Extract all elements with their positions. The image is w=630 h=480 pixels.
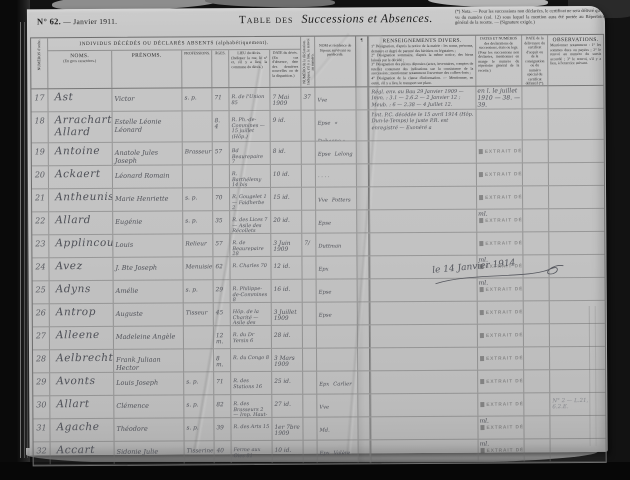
cell-epoux: Epse Lelong Jeanne H. xyxy=(315,141,356,163)
cell-observations xyxy=(549,278,605,300)
cell-numero: 21 xyxy=(32,189,48,211)
col-header-separator: ¶ xyxy=(355,36,368,86)
cell-prenoms: Marie Henriette xyxy=(112,188,182,210)
cell-epoux: Vve Delemotte Alexandrine xyxy=(314,87,355,109)
cell-age: 8. 4 xyxy=(212,111,229,141)
cell-date-deces: 25 id. xyxy=(271,372,302,394)
cell-numero: 31 xyxy=(33,419,49,441)
extrait-delivre-stamp: EXTRAIT DÉLIVRÉ xyxy=(480,332,523,339)
cell-no-declaration xyxy=(302,418,316,440)
cell-date-certificat xyxy=(524,439,550,461)
page-stack-edge xyxy=(24,22,25,458)
cell-nom: Ackaert xyxy=(48,166,112,188)
cell-profession: s. p. xyxy=(183,395,213,417)
cell-separator xyxy=(357,417,370,439)
cell-prenoms: Frank Juliaan Hector xyxy=(113,349,183,371)
page-title: Table des Successions et Absences. xyxy=(239,11,489,28)
cell-profession: s. p. xyxy=(181,88,211,110)
cell-numero: 23 xyxy=(32,235,48,257)
cell-date-certificat xyxy=(522,209,548,231)
cell-date-deces: 7 Mai 1909 xyxy=(269,88,300,110)
cell-numero: 17 xyxy=(31,89,47,111)
cell-numero: 20 xyxy=(32,166,48,188)
book-binding-edge xyxy=(0,0,30,480)
cell-nom: Agache xyxy=(49,419,113,441)
table-row: 21 Antheunis Marie Henriette s. p. 70 R.… xyxy=(32,186,604,212)
cell-observations xyxy=(548,140,604,162)
cell-dates-numeros: EXTRAIT DÉLIVRÉ xyxy=(476,140,522,162)
cell-renseignements xyxy=(370,371,477,394)
cell-date-certificat xyxy=(522,163,548,185)
cell-renseignements xyxy=(369,187,476,210)
spouse-status: Vve xyxy=(318,198,328,204)
cell-observations xyxy=(547,86,603,108)
extrait-delivre-stamp: EXTRAIT DÉLIVRÉ xyxy=(480,424,523,431)
cell-epoux: Vve Bossaert Auguste xyxy=(316,394,357,416)
cell-prenoms: Théodore xyxy=(113,418,183,440)
cell-separator xyxy=(357,302,370,324)
cell-no-declaration xyxy=(301,142,315,164)
col-header-epoux: NOM et résidence de l'époux survivant ou… xyxy=(314,36,355,86)
cell-numero: 28 xyxy=(33,350,49,372)
cell-numero: 27 xyxy=(33,327,49,349)
cell-renseignements xyxy=(370,348,477,371)
col-header-professions: PROFESSIONS. xyxy=(181,50,211,87)
cell-epoux: Epse Flandrin Georges xyxy=(315,210,356,232)
cell-dates-numeros: EXTRAIT DÉLIVRÉ xyxy=(476,186,522,208)
cell-epoux: Duttman Anna Louise xyxy=(315,233,356,255)
table-header: NUMÉROS d'ordre. INDIVIDUS DÉCÉDÉS OU DÉ… xyxy=(31,35,603,89)
cell-numero: 18 xyxy=(32,112,48,142)
cell-date-deces: 20 id. xyxy=(270,211,301,233)
cell-no-declaration xyxy=(301,211,315,233)
cell-profession xyxy=(182,111,212,141)
cell-profession: s. p. xyxy=(183,372,213,394)
table-row: 28 Aelbrecht Frank Juliaan Hector 8 m. R… xyxy=(33,347,605,373)
cell-age: 29 xyxy=(213,280,230,302)
spouse-status: Epse xyxy=(319,290,332,296)
cell-prenoms: Victor xyxy=(111,88,181,110)
cell-date-deces: 27 id. xyxy=(271,395,302,417)
spouse-status: Vve xyxy=(319,405,329,411)
cell-no-declaration xyxy=(302,280,316,302)
cell-date-deces: 10 id. xyxy=(272,441,303,463)
cell-date-certificat xyxy=(523,416,549,438)
cell-no-declaration xyxy=(301,257,315,279)
cell-lieu-deces: R. Philippe-de-Commines 8 xyxy=(230,280,271,302)
cell-prenoms: Madeleine Angèle xyxy=(113,326,183,348)
cell-epoux xyxy=(316,325,357,347)
cell-separator xyxy=(357,394,370,416)
cell-lieu-deces: R. des Arts 15 xyxy=(230,418,271,440)
cell-no-declaration xyxy=(302,372,316,394)
cell-observations xyxy=(549,416,605,438)
spouse-status: Epse xyxy=(318,221,331,227)
col-header-date-certificat: DATE de la délivrance du certificat d'ac… xyxy=(521,35,547,85)
cell-nom: Antrop xyxy=(49,304,113,326)
cell-date-certificat xyxy=(521,86,547,108)
cell-renseignements xyxy=(369,141,476,164)
cell-dates-numeros: EXTRAIT DÉLIVRÉ xyxy=(476,232,522,254)
cell-renseignements xyxy=(369,210,476,233)
cell-epoux: Epse Verlaeke Alphonse (Henri f.) xyxy=(316,279,357,301)
col-sublabel-observations: Mentionner notamment : 1° les sommes due… xyxy=(549,43,602,66)
cell-nom: Applincourt xyxy=(48,235,112,257)
spouse-status: Epx xyxy=(319,382,329,388)
cell-observations xyxy=(548,186,604,208)
cell-age: 82 xyxy=(213,395,230,417)
cell-profession: Relieur xyxy=(182,234,212,256)
cell-lieu-deces: R. du Congo 8 xyxy=(230,349,271,371)
cell-separator xyxy=(357,325,370,347)
col-header-date-deces: DATE du décès. (En cas d'absence, date d… xyxy=(269,50,300,87)
folio-no: N° 62. xyxy=(37,16,61,26)
col-label-date-certificat: DATE de la délivrance du certificat d'ac… xyxy=(523,36,546,85)
cell-nom: Adyns xyxy=(49,281,113,303)
cell-dates-numeros: EXTRAIT DÉLIVRÉ xyxy=(476,163,522,185)
cell-separator xyxy=(355,87,368,109)
cell-separator xyxy=(357,279,370,301)
cell-age xyxy=(212,165,229,187)
col-label-epoux: NOM et résidence de l'époux survivant ou… xyxy=(316,43,354,57)
extrait-delivre-stamp: EXTRAIT DÉLIVRÉ xyxy=(479,148,522,155)
cell-separator xyxy=(357,371,370,393)
cell-dates-numeros: ml. EXTRAIT DÉLIVRÉ xyxy=(477,416,523,438)
cell-observations xyxy=(548,109,604,139)
table-row: 26 Antrop Auguste Tisseur 45 Hôp. de la … xyxy=(33,301,605,327)
cell-observations xyxy=(549,347,605,369)
cell-age: 40 xyxy=(214,441,231,463)
cell-profession: s. p. xyxy=(182,211,212,233)
cell-no-declaration xyxy=(303,441,317,463)
cell-renseignements xyxy=(369,164,476,187)
cell-nom: Alleene xyxy=(49,327,113,349)
col-header-renseignements: RENSEIGNEMENTS DIVERS. 1° Désignation, d… xyxy=(368,36,475,87)
cell-prenoms: Clémence xyxy=(113,395,183,417)
cell-renseignements xyxy=(370,302,477,325)
cell-renseignements xyxy=(370,394,477,417)
ledger-table: NUMÉROS d'ordre. INDIVIDUS DÉCÉDÉS OU DÉ… xyxy=(30,34,607,466)
cell-epoux: · · · · xyxy=(315,164,356,186)
cell-date-certificat xyxy=(522,186,548,208)
cell-numero: 30 xyxy=(33,396,49,418)
cell-profession xyxy=(183,326,213,348)
table-row: 17 Ast Victor s. p. 71 R. de l'Union 85 … xyxy=(31,86,603,112)
cell-observations xyxy=(549,324,605,346)
col-label-date-deces: DATE du décès. xyxy=(271,51,299,56)
cell-dates-numeros: en l. le juillet 1910 — 38. — 39. xyxy=(475,86,521,108)
cell-separator xyxy=(356,256,369,278)
cell-no-declaration xyxy=(302,395,316,417)
col-header-noms: NOMS. (En gros caractères.) xyxy=(47,51,111,88)
cell-epoux: Epx Valère Alfred xyxy=(317,440,358,462)
cell-profession: s. p. xyxy=(183,280,213,302)
cell-date-deces: 3 Juillet 1909 xyxy=(271,303,302,325)
cell-numero: 26 xyxy=(33,304,49,326)
cell-dates-numeros: ml. EXTRAIT DÉLIVRÉ xyxy=(476,209,522,231)
cell-observations xyxy=(548,163,604,185)
cell-epoux: Epse Vandendriessche M. Victorine xyxy=(316,302,357,324)
col-sublabel-dates-numeros: (Pour les successions non déclarées, men… xyxy=(477,50,520,73)
cell-dates-numeros: EXTRAIT DÉLIVRÉ xyxy=(477,347,523,369)
cell-date-deces: 3 Mars 1909 xyxy=(271,349,302,371)
cell-age: 39 xyxy=(213,418,230,440)
title-main: Successions et Absences. xyxy=(301,11,433,27)
table-row: 20 Ackaert Léonard Romain R. Barthélemy … xyxy=(32,163,604,189)
cell-lieu-deces: R. Ph.-de-Commines — 15 juillet (Hôp.) xyxy=(229,111,270,141)
cell-numero: 29 xyxy=(33,373,49,395)
cell-date-deces: 3 Juin 1909 xyxy=(270,234,301,256)
cell-numero: 25 xyxy=(33,281,49,303)
cell-prenoms: Anatole Jules Joseph xyxy=(112,142,182,164)
spouse-status: Epse xyxy=(319,313,332,319)
cell-date-deces: 8 id. xyxy=(270,142,301,164)
cell-no-declaration: 7/ xyxy=(301,234,315,256)
col-label-ages: ÂGES. xyxy=(213,51,227,56)
cell-date-deces: 10 id. xyxy=(270,165,301,187)
extrait-delivre-stamp: EXTRAIT DÉLIVRÉ xyxy=(480,309,523,316)
col-label-dates-numeros: DATES ET NUMÉROS des déclarations de suc… xyxy=(477,36,520,50)
col-sublabel-noms: (En gros caractères.) xyxy=(49,59,110,64)
cell-nom: Arrachart Allard xyxy=(48,112,112,142)
cell-nom: Avez xyxy=(48,258,112,280)
table-row: 23 Applincourt Louis Relieur 57 R. de Be… xyxy=(32,232,604,258)
cell-lieu-deces: R. Barthélemy 14 bis xyxy=(229,165,270,187)
cell-renseignements: l'int. P.C. décédée le 15 avril 1914 (Hô… xyxy=(369,110,476,141)
cell-nom: Avonts xyxy=(49,373,113,395)
ledger-page: N° 62. — Janvier 1911. Table des Success… xyxy=(27,6,608,456)
cell-dates-numeros: ml. EXTRAIT DÉLIVRÉ xyxy=(478,439,524,461)
cell-separator xyxy=(356,210,369,232)
cell-renseignements: Régl. env. au Bau 29 Janvier 1909 — Imm.… xyxy=(368,87,475,110)
col-notes-renseignements: 1° Désignation, d'après la notice de la … xyxy=(370,44,474,86)
cell-observations xyxy=(549,370,605,392)
cell-nom: Accart xyxy=(50,442,114,464)
cell-age: 71 xyxy=(211,88,228,110)
cell-epoux xyxy=(316,348,357,370)
table-row: 29 Avonts Louis Joseph s. p. 71 R. des S… xyxy=(33,370,605,396)
folio-number: N° 62. — Janvier 1911. xyxy=(37,16,117,26)
pilcrow-mark: ¶ xyxy=(361,37,363,42)
cell-profession xyxy=(182,165,212,187)
cell-age: 71 xyxy=(213,372,230,394)
cell-no-declaration xyxy=(301,165,315,187)
cell-renseignements xyxy=(369,233,476,256)
col-header-numero: NUMÉROS d'ordre. xyxy=(31,38,47,88)
cell-epoux: Md. xyxy=(316,417,357,439)
col-label-prenoms: PRÉNOMS. xyxy=(113,52,180,59)
cell-renseignements xyxy=(370,417,477,440)
spouse-status: Epse xyxy=(318,152,331,158)
spouse-name: · · · · xyxy=(318,175,330,181)
table-row: 32 Accart Sidonie Julie Tisserine 40 Fer… xyxy=(34,439,606,465)
cell-prenoms: J. Bte Joseph xyxy=(112,257,182,279)
col-header-observations: OBSERVATIONS. Mentionner notamment : 1° … xyxy=(547,35,603,85)
col-label-professions: PROFESSIONS. xyxy=(183,51,210,56)
cell-date-certificat xyxy=(523,278,549,300)
cell-profession: Brasseur xyxy=(182,142,212,164)
cell-nom: Allard xyxy=(48,212,112,234)
cell-prenoms: Amélie xyxy=(113,280,183,302)
extrait-delivre-stamp: EXTRAIT DÉLIVRÉ xyxy=(481,447,524,454)
cell-age: 12 m. xyxy=(213,326,230,348)
cell-no-declaration xyxy=(302,303,316,325)
extrait-delivre-stamp: EXTRAIT DÉLIVRÉ xyxy=(479,171,522,178)
table-row: 18 Arrachart Allard Estelle Léonie Léona… xyxy=(32,109,604,143)
cell-prenoms: Léonard Romain xyxy=(112,165,182,187)
spouse-status: Vve xyxy=(317,98,327,104)
cell-lieu-deces: R. des Lices 7 — Asile des Récollets xyxy=(229,211,270,233)
cell-numero: 22 xyxy=(32,212,48,234)
book-scan: N° 62. — Janvier 1911. Table des Success… xyxy=(0,0,630,480)
cell-numero: 19 xyxy=(32,143,48,165)
spouse-status: Epx xyxy=(318,267,328,273)
table-row: 22 Allard Eugénie s. p. 35 R. des Lices … xyxy=(32,209,604,235)
extrait-delivre-stamp: EXTRAIT DÉLIVRÉ xyxy=(480,355,523,362)
table-row: 27 Alleene Madeleine Angèle 12 m. R. du … xyxy=(33,324,605,350)
table-row: 19 Antoine Anatole Jules Joseph Brasseur… xyxy=(32,140,604,166)
cell-no-declaration xyxy=(302,326,316,348)
cell-separator xyxy=(358,440,371,462)
cell-dates-numeros: EXTRAIT DÉLIVRÉ xyxy=(477,370,523,392)
extrait-delivre-stamp: EXTRAIT DÉLIVRÉ xyxy=(479,240,522,247)
cell-numero: 24 xyxy=(32,258,48,280)
cell-date-certificat xyxy=(523,301,549,323)
dates-handwritten-note: en l. le juillet 1910 — 38. — 39. xyxy=(477,87,521,108)
cell-lieu-deces: R. de Beaurepaire 28 xyxy=(229,234,270,256)
cell-no-declaration xyxy=(301,111,315,141)
cell-epoux: Epx Reynaert Am. Félicie xyxy=(315,256,356,278)
cell-renseignements xyxy=(370,325,477,348)
col-header-lieu: LIEU du décès. (Indiquer la rue, le n° e… xyxy=(228,50,269,87)
cell-profession: Tisserine xyxy=(184,441,214,463)
cell-lieu-deces: Hôp. de la Charité — Asile des Récollets xyxy=(230,303,271,325)
cell-nom: Allart xyxy=(49,396,113,418)
cell-date-certificat xyxy=(523,324,549,346)
col-sublabel-date-deces: (En cas d'absence, date des dernières no… xyxy=(271,55,299,78)
cell-no-declaration xyxy=(301,188,315,210)
cell-age: 8 m. xyxy=(213,349,230,371)
cell-lieu-deces: R. des Brasseurs 2 — Imp. Haut-Pont 15 xyxy=(230,395,271,417)
col-sublabel-lieu: (Indiquer la rue, le n° et, s'il y a lie… xyxy=(230,55,268,69)
col-label-numero: NUMÉROS d'ordre. xyxy=(37,39,41,70)
cell-observations xyxy=(548,232,604,254)
cell-dates-numeros: EXTRAIT DÉLIVRÉ xyxy=(477,301,523,323)
cell-epoux: Epse « Dehaene » xyxy=(315,110,356,140)
cell-nom: Antheunis xyxy=(48,189,112,211)
cell-lieu-deces: Bd Beaurepaire 7 xyxy=(229,142,270,164)
col-header-prenoms: PRÉNOMS. xyxy=(111,50,181,87)
cell-lieu-deces: Ferme aux Oies 81 xyxy=(231,441,272,463)
cell-age: 57 xyxy=(212,142,229,164)
cell-no-declaration xyxy=(302,349,316,371)
cell-observations xyxy=(550,439,606,461)
cell-date-certificat xyxy=(522,232,548,254)
cell-date-deces: 12 id. xyxy=(270,257,301,279)
spouse-status: Epse xyxy=(318,121,331,127)
cell-epoux: Epx Carlier Rosa Malvina xyxy=(316,371,357,393)
cell-age: 57 xyxy=(212,234,229,256)
col-header-dates-numeros: DATES ET NUMÉROS des déclarations de suc… xyxy=(475,35,521,85)
cell-date-deces: 1er 7bre 1909 xyxy=(271,418,302,440)
cell-prenoms: Eugénie xyxy=(112,211,182,233)
dates-handwritten-note: ml. xyxy=(480,441,490,448)
cell-profession: Tisseur xyxy=(183,303,213,325)
spouse-status: Md. xyxy=(319,428,329,434)
header-footnote: (*) Nota. — Pour les successions non déc… xyxy=(455,8,605,26)
cell-dates-numeros xyxy=(476,109,522,139)
cell-no-declaration: 37 xyxy=(300,88,314,110)
cell-separator xyxy=(356,164,369,186)
cell-separator xyxy=(357,348,370,370)
extrait-delivre-stamp: EXTRAIT DÉLIVRÉ xyxy=(480,378,523,385)
cell-observations xyxy=(549,301,605,323)
cell-separator xyxy=(356,141,369,163)
cell-date-deces: 15 id. xyxy=(270,188,301,210)
cell-nom: Antoine xyxy=(48,143,112,165)
cell-date-certificat xyxy=(523,393,549,415)
cell-date-deces: 16 id. xyxy=(271,280,302,302)
cell-age: 70 xyxy=(212,188,229,210)
cell-profession xyxy=(183,349,213,371)
cell-nom: Ast xyxy=(47,89,111,111)
extrait-delivre-stamp: EXTRAIT DÉLIVRÉ xyxy=(479,217,522,224)
cell-prenoms: Estelle Léonie Léonard xyxy=(112,111,182,141)
dates-handwritten-note: ml. xyxy=(478,211,488,218)
cell-lieu-deces: R. des Stations 16 xyxy=(230,372,271,394)
cell-epoux: Vve Potters Gérard xyxy=(315,187,356,209)
cell-prenoms: Louis Joseph xyxy=(113,372,183,394)
cell-separator xyxy=(356,110,369,140)
cell-nom: Aelbrecht xyxy=(49,350,113,372)
extrait-delivre-stamp: EXTRAIT DÉLIVRÉ xyxy=(479,194,522,201)
col-header-ages: ÂGES. xyxy=(211,50,228,87)
cell-date-certificat xyxy=(523,347,549,369)
cell-dates-numeros: EXTRAIT DÉLIVRÉ xyxy=(477,324,523,346)
cell-renseignements xyxy=(371,440,478,463)
folio-month: — Janvier 1911. xyxy=(63,17,117,26)
cell-prenoms: Auguste xyxy=(113,303,183,325)
cell-prenoms: Louis xyxy=(112,234,182,256)
cell-dates-numeros: EXTRAIT DÉLIVRÉ xyxy=(477,393,523,415)
cell-profession: s. p. xyxy=(183,418,213,440)
table-row: 25 Adyns Amélie s. p. 29 R. Philippe-de-… xyxy=(33,278,605,304)
cell-separator xyxy=(356,187,369,209)
cell-numero: 32 xyxy=(34,442,50,464)
extrait-delivre-stamp: EXTRAIT DÉLIVRÉ xyxy=(480,401,523,408)
cell-observations: N° 2 — L.21, 6.2.E. xyxy=(549,393,605,415)
spouse-status: Epx xyxy=(320,451,330,457)
col-label-no-declaration: NUMÉRO de la déclaration. Indiquer, s'il… xyxy=(302,38,314,86)
cell-date-certificat xyxy=(522,140,548,162)
cell-observations xyxy=(548,209,604,231)
extrait-delivre-stamp: EXTRAIT DÉLIVRÉ xyxy=(480,286,523,293)
cell-age: 62 xyxy=(212,257,229,279)
spouse-name: Duttman Anna Louise xyxy=(318,243,351,255)
cell-date-certificat xyxy=(522,109,548,139)
cell-lieu-deces: R. de l'Union 85 xyxy=(228,88,269,110)
cell-lieu-deces: R. Charles 70 xyxy=(229,257,270,279)
cell-age: 45 xyxy=(213,303,230,325)
cell-lieu-deces: R. du Dr Yersin 6 xyxy=(230,326,271,348)
col-header-no-declaration: NUMÉRO de la déclaration. Indiquer, s'il… xyxy=(300,37,314,87)
title-lead: Table des xyxy=(239,14,294,26)
cell-date-certificat xyxy=(523,370,549,392)
dates-handwritten-note: ml. xyxy=(479,418,489,425)
cell-prenoms: Sidonie Julie xyxy=(114,441,184,463)
cell-profession: Menuisier xyxy=(182,257,212,279)
cell-age: 35 xyxy=(212,211,229,233)
